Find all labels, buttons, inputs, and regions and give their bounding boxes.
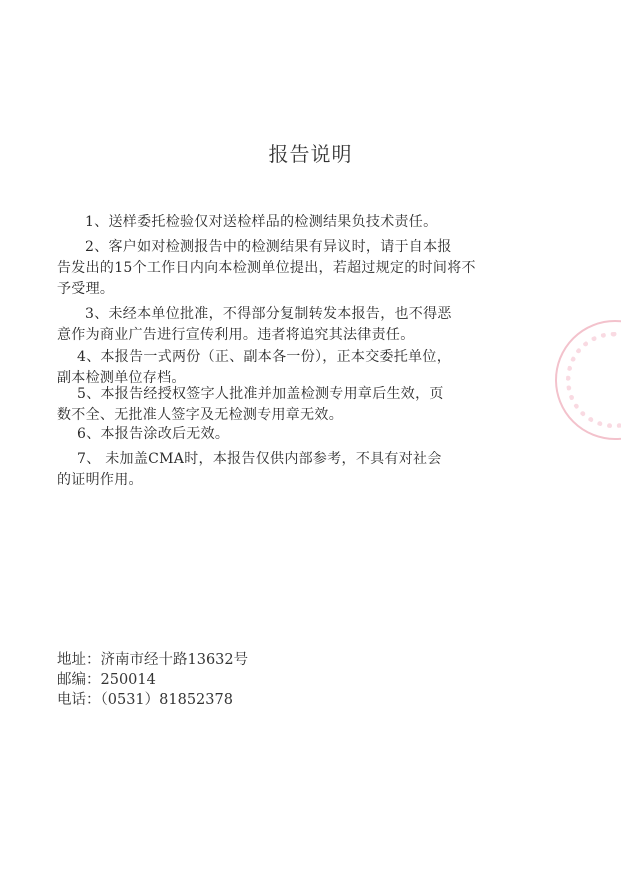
item-5-line-2: 数不全、无批准人签字及无检测专用章无效。 (57, 405, 477, 426)
address-line: 地址：济南市经十路13632号 (57, 650, 248, 670)
item-4: 4、本报告一式两份（正、副本各一份），正本交委托单位， 副本检测单位存档。 (57, 347, 477, 389)
item-2-line-1: 2、客户如对检测报告中的检测结果有异议时，请于自本报 (57, 237, 477, 258)
item-2: 2、客户如对检测报告中的检测结果有异议时，请于自本报 告发出的15个工作日内向本… (57, 237, 477, 300)
phone-value: （0531）81852378 (101, 692, 233, 708)
item-7-line-2: 的证明作用。 (57, 470, 477, 491)
address-value: 济南市经十路13632号 (101, 652, 249, 668)
item-5: 5、本报告经授权签字人批准并加盖检测专用章后生效，页 数不全、无批准人签字及无检… (57, 384, 477, 426)
item-3-line-2: 意作为商业广告进行宣传利用。违者将追究其法律责任。 (57, 325, 477, 346)
item-4-line-1: 4、本报告一式两份（正、副本各一份），正本交委托单位， (57, 347, 477, 368)
item-2-line-2: 告发出的15个工作日内向本检测单位提出，若超过规定的时间将不 (57, 258, 477, 279)
postcode-value: 250014 (101, 672, 156, 688)
item-2-line-3: 予受理。 (57, 279, 477, 300)
item-7: 7、 未加盖CMA时，本报告仅供内部参考，不具有对社会 的证明作用。 (57, 449, 477, 491)
postcode-line: 邮编：250014 (57, 670, 156, 690)
item-6: 6、本报告涂改后无效。 (57, 424, 477, 445)
item-3-line-1: 3、未经本单位批准，不得部分复制转发本报告，也不得恶 (57, 304, 477, 325)
item-1: 1、送样委托检验仅对送检样品的检测结果负技术责任。 (57, 212, 477, 233)
item-7-line-1: 7、 未加盖CMA时，本报告仅供内部参考，不具有对社会 (57, 449, 477, 470)
address-label: 地址： (57, 652, 101, 668)
page-title: 报告说明 (0, 138, 621, 167)
item-6-line-1: 6、本报告涂改后无效。 (57, 424, 477, 445)
phone-line: 电话：（0531）81852378 (57, 690, 233, 710)
phone-label: 电话： (57, 692, 101, 708)
item-3: 3、未经本单位批准，不得部分复制转发本报告，也不得恶 意作为商业广告进行宣传利用… (57, 304, 477, 346)
postcode-label: 邮编： (57, 672, 101, 688)
item-5-line-1: 5、本报告经授权签字人批准并加盖检测专用章后生效，页 (57, 384, 477, 405)
item-1-line-1: 1、送样委托检验仅对送检样品的检测结果负技术责任。 (57, 212, 477, 233)
